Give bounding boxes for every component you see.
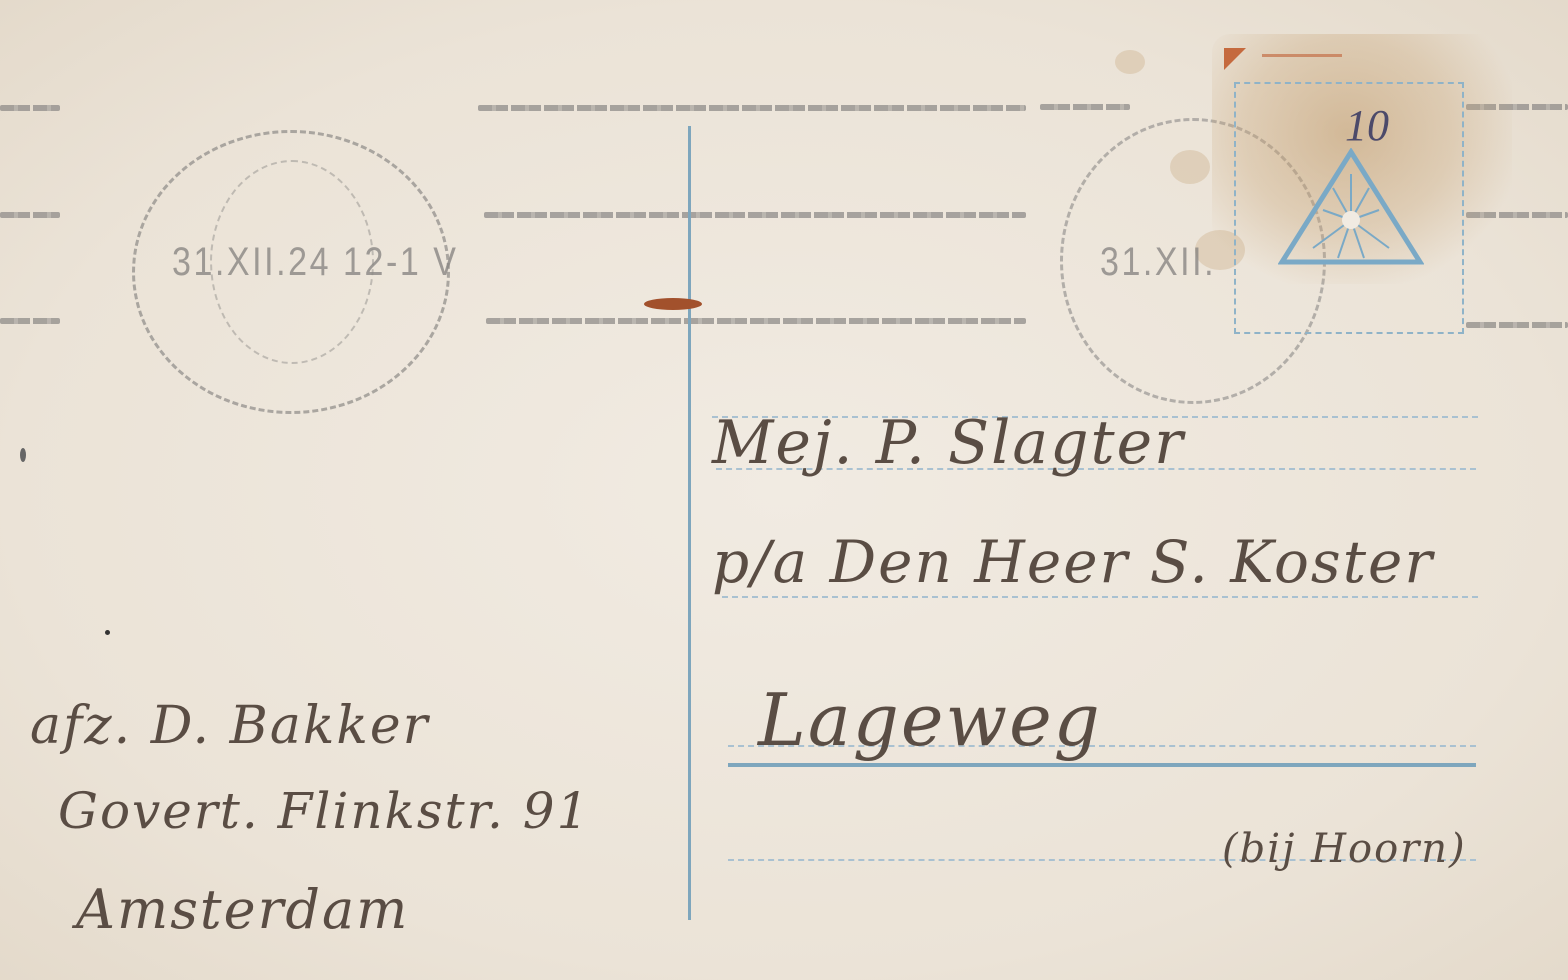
postcard: 31.XII.24 12-1 V 31.XII. 10 Mej. P. Slag… xyxy=(0,0,1568,980)
pencil-mark: 10 xyxy=(1345,100,1389,151)
postmark-left-date: 31.XII.24 12-1 V xyxy=(172,240,459,285)
ink-blot xyxy=(644,298,702,310)
postmark-right-date: 31.XII. xyxy=(1100,240,1216,285)
recipient-region: (bij Hoorn) xyxy=(1222,826,1467,872)
stamp-edge-fragment xyxy=(1262,54,1342,57)
address-line-3 xyxy=(722,596,1478,598)
speck xyxy=(105,630,110,635)
cancel-bar xyxy=(0,212,60,218)
speck xyxy=(20,448,26,462)
recipient-name: Mej. P. Slagter xyxy=(712,408,1185,478)
cancel-bar xyxy=(0,105,60,111)
center-divider-line xyxy=(688,126,691,920)
recipient-town: Lageweg xyxy=(758,678,1102,762)
cancel-bar xyxy=(478,105,1026,111)
stain xyxy=(1115,50,1145,74)
cancel-bar xyxy=(1040,104,1130,110)
cancel-bar xyxy=(486,318,1026,324)
sender-city: Amsterdam xyxy=(76,878,409,941)
sender-name: afz. D. Bakker xyxy=(30,696,429,756)
cancel-bar xyxy=(1466,322,1568,328)
address-line-solid xyxy=(728,763,1476,767)
cancel-bar xyxy=(484,212,1026,218)
cancel-bar xyxy=(0,318,60,324)
sender-street: Govert. Flinkstr. 91 xyxy=(58,782,590,840)
recipient-care-of: p/a Den Heer S. Koster xyxy=(712,528,1434,596)
triangle-eye-icon xyxy=(1278,148,1424,268)
